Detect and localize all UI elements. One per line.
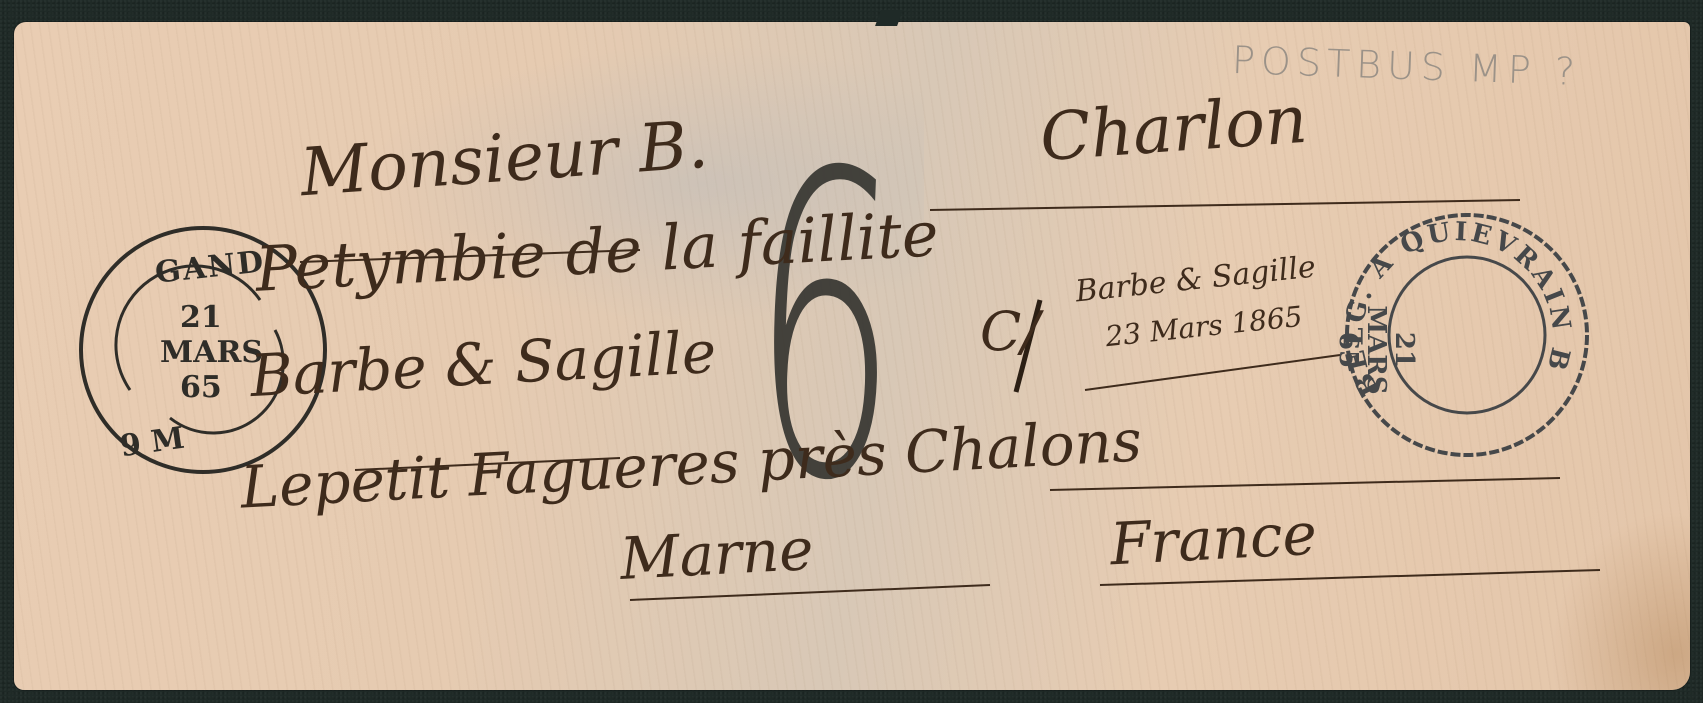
annotation-prefix: C/ — [980, 300, 1040, 363]
svg-text:BELG. A QUIEVRAIN B: BELG. A QUIEVRAIN B — [1340, 217, 1577, 401]
address-line-6: France — [1108, 500, 1318, 579]
address-line-5: Marne — [618, 515, 815, 593]
